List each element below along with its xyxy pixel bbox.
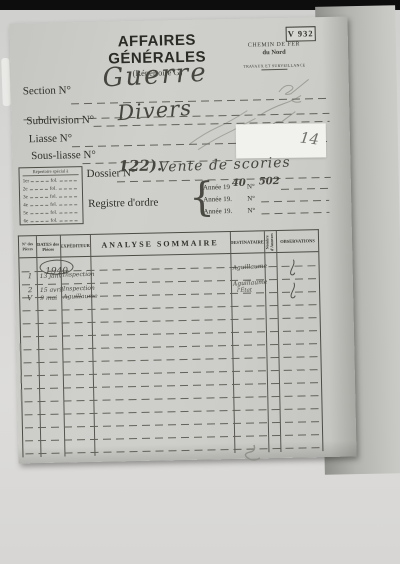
row-destinataire: Aguillaume <box>232 263 267 272</box>
col-header-dates: DATES des Pièces <box>36 236 60 258</box>
registre-annee-label: Année 19. <box>203 207 232 216</box>
archive-code-stamp: V 932 <box>286 26 316 42</box>
col-header-destinataire: DESTINATAIRE <box>230 231 264 254</box>
company-name-line2: du Nord <box>238 48 310 57</box>
repertoire-fol: fol. <box>50 179 57 184</box>
ruled-line <box>25 421 321 428</box>
subdivision-value-handwritten: Divers <box>117 96 193 125</box>
row-expediteur: Aguillaume <box>63 293 98 301</box>
row-date: 9 mai <box>40 295 57 302</box>
dossier-title-handwritten: Vente de scories <box>158 155 291 176</box>
ruled-line <box>24 395 320 402</box>
ruled-line <box>24 356 320 363</box>
repertoire-row: 6e fol. <box>23 215 79 224</box>
repertoire-fol: fol. <box>50 195 57 200</box>
col-header-analyse: ANALYSE SOMMAIRE <box>90 232 230 257</box>
string-squiggle <box>238 443 264 465</box>
section-label: Section N° <box>23 84 71 97</box>
row-expediteur: Inspection <box>63 285 95 293</box>
row-date: 15 avril <box>40 287 63 294</box>
ruled-line <box>23 330 319 337</box>
col-header-expediteur: EXPÉDITEUR <box>60 235 90 258</box>
liasse-label: Liasse N° <box>29 132 72 145</box>
ruled-line <box>22 278 318 285</box>
repertoire-ordinal: 3e <box>23 195 28 200</box>
observation-flourish <box>285 258 297 278</box>
col-header-num-pieces: N° des Pièces <box>19 236 36 258</box>
subdivision-label: Subdivision N° <box>26 114 94 127</box>
ruled-line <box>24 369 320 376</box>
registre-numero-label: N° <box>247 194 255 202</box>
registre-numero-label: N° <box>247 206 255 214</box>
dossier-number-handwritten: 122). <box>118 156 162 175</box>
pasted-label: 14 <box>236 123 326 158</box>
scanned-archive-folder: V 932 AFFAIRES GÉNÉRALES (Répertoire G) … <box>0 0 400 564</box>
row-num: 1 <box>28 272 33 280</box>
col-header-observations: OBSERVATIONS <box>276 230 319 253</box>
repertoire-fol: fol. <box>50 219 57 224</box>
ruled-line <box>23 317 319 324</box>
registre-label: Registre d'ordre <box>88 197 158 210</box>
registre-numero-value: 502 <box>259 176 280 187</box>
repertoire-fol: fol. <box>50 203 57 208</box>
registre-rule-1 <box>281 188 329 190</box>
registre-rule-2 <box>261 200 329 202</box>
pasted-label-number: 14 <box>299 128 320 148</box>
ruled-line <box>23 343 319 350</box>
dossier-rule <box>117 177 331 182</box>
repertoire-ordinal: 4e <box>23 203 28 208</box>
row-destinataire-2: l'État <box>237 288 252 294</box>
section-value-handwritten: Guerre <box>102 58 209 94</box>
observation-flourish <box>286 281 298 301</box>
col-header-annexes: Nombre d'Annexes <box>264 231 276 253</box>
repertoire-fol: fol. <box>50 211 57 216</box>
repertoire-ordinal: 6e <box>24 219 29 224</box>
row-date: 13 janv <box>40 273 62 280</box>
ruled-line <box>22 304 318 311</box>
row-num: 2 <box>28 286 33 294</box>
repertoire-ordinal: 2e <box>23 187 28 192</box>
ruled-line <box>25 434 321 441</box>
ruled-line <box>25 408 321 415</box>
row-destinataire: Aguillaume <box>233 279 268 288</box>
sous-liasse-label: Sous-liasse N° <box>31 149 96 162</box>
folder-cover-page: V 932 AFFAIRES GÉNÉRALES (Répertoire G) … <box>9 17 356 464</box>
registre-annee-label: Année 19. <box>203 195 232 204</box>
repertoire-ordinal: 5e <box>23 211 28 216</box>
registry-table: N° des Pièces DATES des Pièces EXPÉDITEU… <box>18 229 324 457</box>
ruled-line <box>24 382 320 389</box>
column-divider <box>276 231 282 452</box>
registre-numero-label: N° <box>247 182 255 190</box>
column-divider <box>90 235 96 456</box>
registre-annee-label: Année 19 <box>203 183 230 192</box>
repertoire-special-box: Répertoire spécial à 1er fol. 2e fol. 3e… <box>18 166 83 225</box>
repertoire-fol: fol. <box>50 187 57 192</box>
repertoire-ordinal: 1er <box>23 179 29 184</box>
registre-rule-3 <box>261 212 329 214</box>
row-expediteur: Inspection <box>63 271 95 279</box>
row-num: V <box>27 294 32 302</box>
registre-annee-value: 40 <box>232 178 246 189</box>
